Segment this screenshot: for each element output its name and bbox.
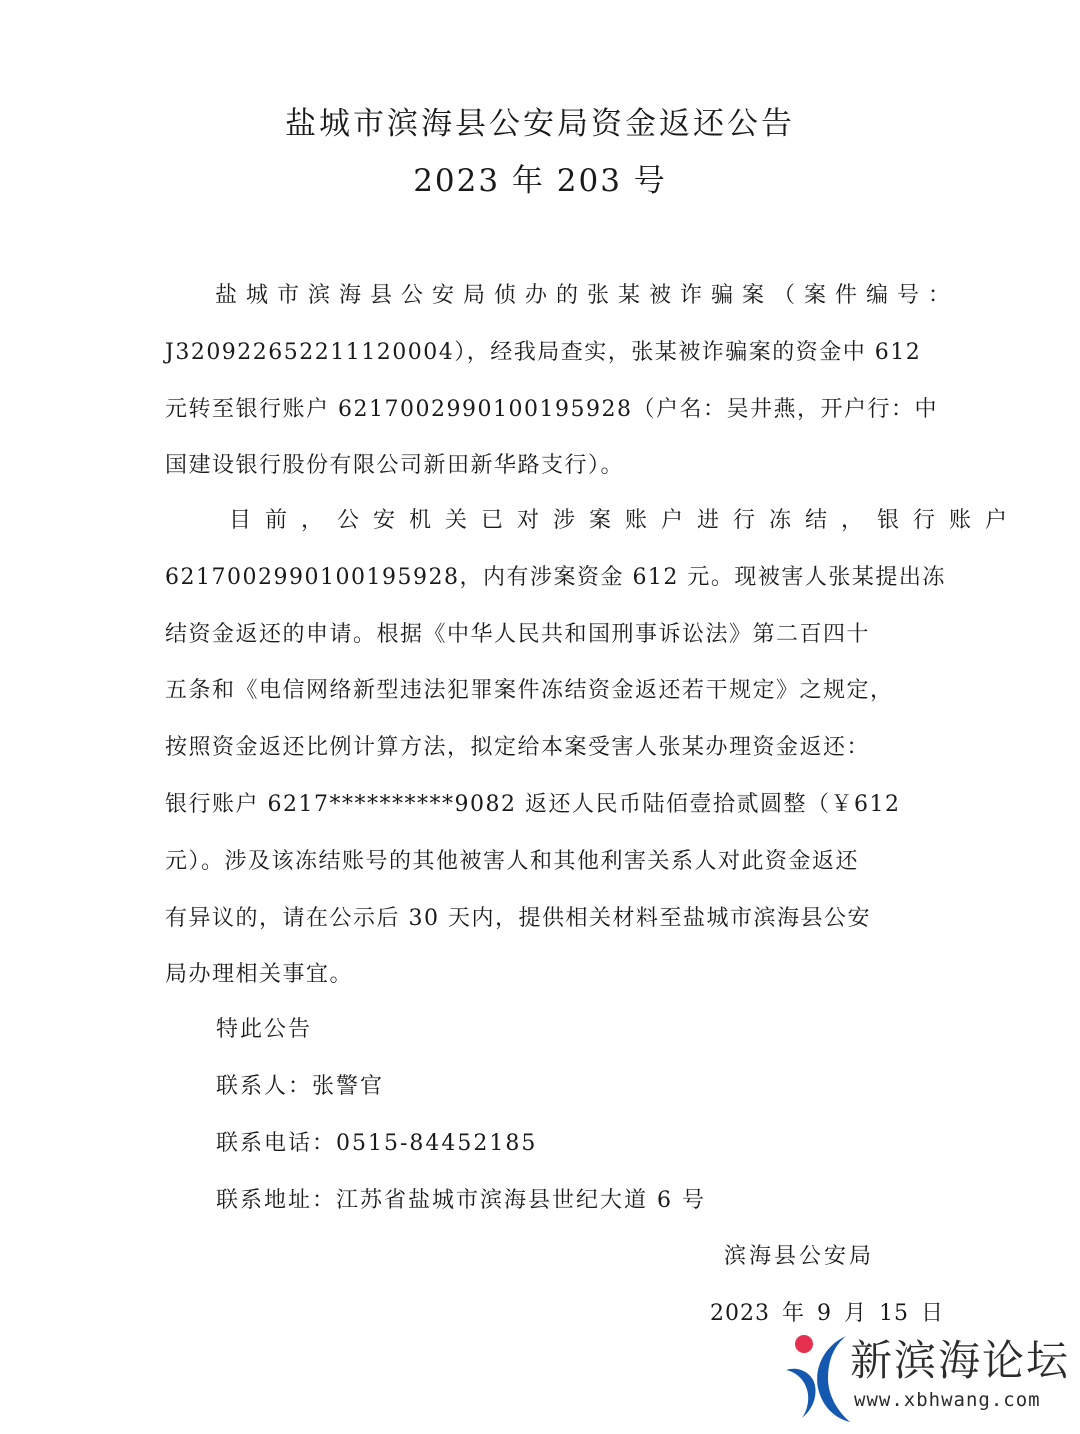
contact-person: 联系人：张警官 [216,1072,384,1102]
signature-organization: 滨海县公安局 [724,1242,874,1272]
forum-logo-icon [784,1332,854,1422]
contact-phone: 联系电话：0515-84452185 [216,1129,537,1159]
paragraph-refund-details: 目前，公安机关已对涉案账户进行冻结，银行账户 62170029901001959… [165,493,917,1004]
watermark-name: 新滨海论坛 [850,1336,1070,1386]
watermark-logo: 新滨海论坛 www.xbhwang.com [784,1332,1074,1422]
closing-statement: 特此公告 [216,1015,312,1045]
paragraph-line: 目前，公安机关已对涉案账户进行冻结，银行账户 [165,493,917,550]
paragraph-line: 盐城市滨海县公安局侦办的张某被诈骗案（案件编号： [165,268,917,325]
paragraph-line: 有异议的，请在公示后 30 天内，提供相关材料至盐城市滨海县公安 [165,891,917,948]
paragraph-case-details: 盐城市滨海县公安局侦办的张某被诈骗案（案件编号： J32092265221112… [165,268,917,495]
paragraph-line: 6217002990100195928，内有涉案资金 612 元。现被害人张某提… [165,550,917,607]
paragraph-line: 结资金返还的申请。根据《中华人民共和国刑事诉讼法》第二百四十 [165,607,917,664]
paragraph-line: 元转至银行账户 6217002990100195928（户名：吴井燕，开户行：中 [165,382,917,439]
signature-date: 2023 年 9 月 15 日 [710,1299,944,1329]
paragraph-line: 国建设银行股份有限公司新田新华路支行）。 [165,438,917,495]
watermark-url: www.xbhwang.com [854,1388,1041,1412]
paragraph-line: 银行账户 6217**********9082 返还人民币陆佰壹拾贰圆整（￥61… [165,777,917,834]
paragraph-line: 元）。涉及该冻结账号的其他被害人和其他利害关系人对此资金返还 [165,834,917,891]
paragraph-line: 局办理相关事宜。 [165,947,917,1004]
contact-address: 联系地址：江苏省盐城市滨海县世纪大道 6 号 [216,1186,706,1216]
document-title: 盐城市滨海县公安局资金返还公告 [0,104,1080,144]
paragraph-line: 五条和《电信网络新型违法犯罪案件冻结资金返还若干规定》之规定， [165,663,917,720]
document-number: 2023 年 203 号 [0,161,1080,201]
paragraph-line: J320922652211120004），经我局查实，张某被诈骗案的资金中 61… [165,325,917,382]
paragraph-line: 按照资金返还比例计算方法，拟定给本案受害人张某办理资金返还： [165,720,917,777]
